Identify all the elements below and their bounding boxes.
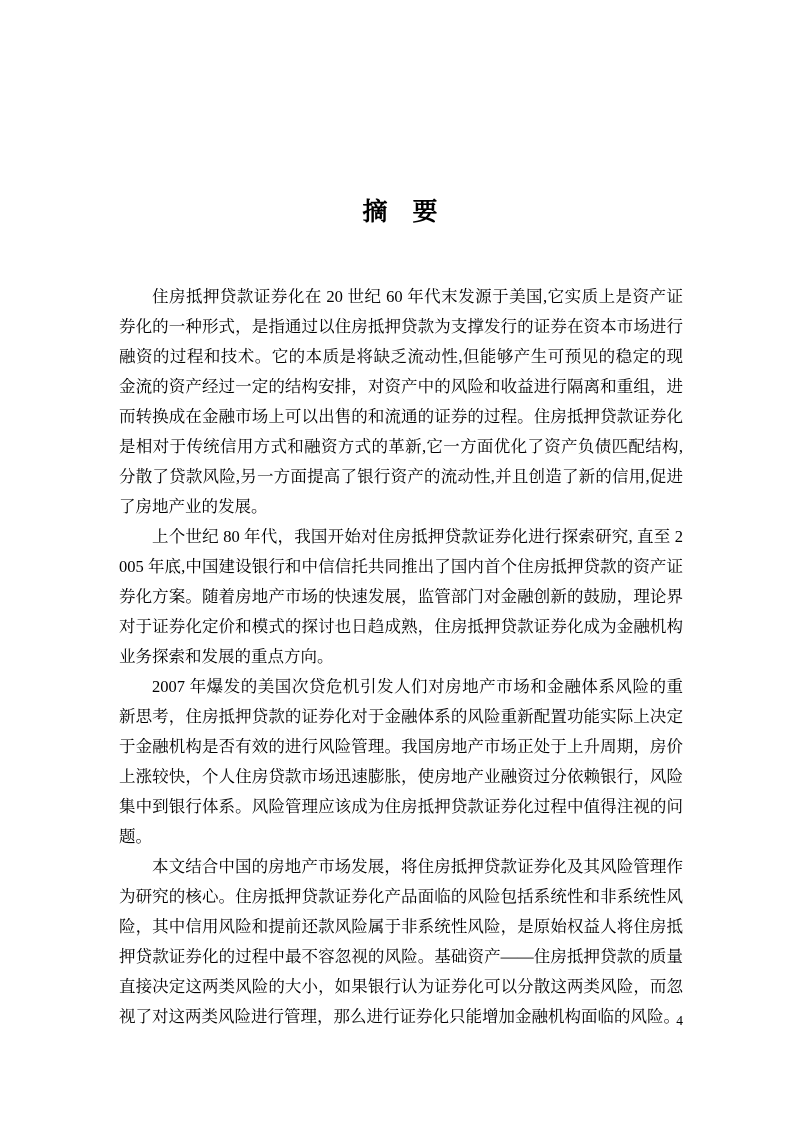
abstract-paragraph-3: 2007 年爆发的美国次贷危机引发人们对房地产市场和金融体系风险的重新思考，住房… <box>119 672 683 852</box>
abstract-paragraph-1: 住房抵押贷款证券化在 20 世纪 60 年代末发源于美国,它实质上是资产证券化的… <box>119 282 683 522</box>
abstract-body: 住房抵押贷款证券化在 20 世纪 60 年代末发源于美国,它实质上是资产证券化的… <box>119 282 683 1032</box>
page-title: 摘 要 <box>0 192 800 228</box>
abstract-paragraph-2: 上个世纪 80 年代，我国开始对住房抵押贷款证券化进行探索研究, 直至 2005… <box>119 522 683 672</box>
page-number: 4 <box>119 1013 683 1029</box>
abstract-paragraph-4: 本文结合中国的房地产市场发展，将住房抵押贷款证券化及其风险管理作为研究的核心。住… <box>119 852 683 1032</box>
document-page: 摘 要 住房抵押贷款证券化在 20 世纪 60 年代末发源于美国,它实质上是资产… <box>0 0 800 1131</box>
